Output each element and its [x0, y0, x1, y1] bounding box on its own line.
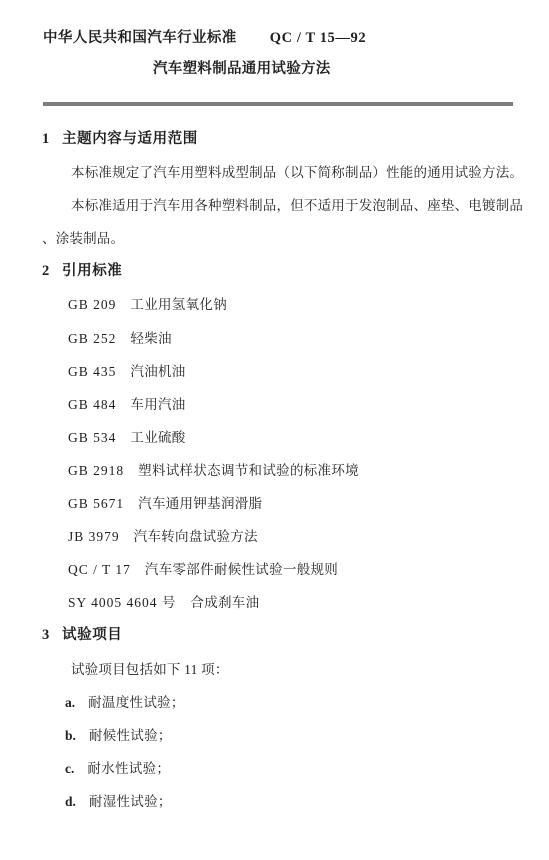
reference-code: GB 435 — [68, 364, 116, 379]
section-1-paragraph-2-line-2: 、涂装制品。 — [42, 222, 519, 255]
section-1-paragraph-2-line-1: 本标准适用于汽车用各种塑料制品，但不适用于发泡制品、座垫、电镀制品 — [42, 189, 519, 222]
reference-code: GB 252 — [68, 331, 116, 346]
reference-item: GB 2918塑料试样状态调节和试验的标准环境 — [42, 454, 519, 487]
reference-code: SY 4005 4604 号 — [68, 595, 176, 610]
reference-code: GB 5671 — [68, 496, 124, 511]
reference-item: JB 3979汽车转向盘试验方法 — [42, 520, 519, 553]
reference-item: SY 4005 4604 号合成刹车油 — [42, 586, 519, 619]
reference-code: GB 209 — [68, 297, 116, 312]
test-item: a.耐温度性试验； — [42, 686, 519, 719]
test-item-text: 耐水性试验； — [87, 761, 170, 776]
test-item: b.耐候性试验； — [42, 719, 519, 752]
document-page: 中华人民共和国汽车行业标准 QC / T 15—92 汽车塑料制品通用试验方法 … — [0, 0, 549, 860]
reference-item: GB 252轻柴油 — [42, 322, 519, 355]
reference-title: 工业用氢氧化钠 — [130, 297, 227, 312]
reference-code: GB 534 — [68, 430, 116, 445]
test-item-letter: a. — [65, 695, 75, 710]
reference-title: 汽油机油 — [130, 364, 185, 379]
section-3-heading: 3试验项目 — [42, 619, 519, 652]
reference-title: 轻柴油 — [130, 331, 171, 346]
reference-title: 工业硫酸 — [130, 430, 185, 445]
section-1-paragraph-1: 本标准规定了汽车用塑料成型制品（以下简称制品）性能的通用试验方法。 — [42, 156, 519, 189]
test-item: c.耐水性试验； — [42, 752, 519, 785]
document-body: 1主题内容与适用范围 本标准规定了汽车用塑料成型制品（以下简称制品）性能的通用试… — [0, 123, 549, 818]
test-item-list: a.耐温度性试验； b.耐候性试验； c.耐水性试验； d.耐湿性试验； — [42, 686, 519, 818]
reference-title: 塑料试样状态调节和试验的标准环境 — [138, 463, 359, 478]
test-item-letter: b. — [65, 728, 76, 743]
section-3-number: 3 — [42, 619, 62, 652]
header-divider-rule — [43, 102, 513, 106]
reference-item: GB 534工业硫酸 — [42, 421, 519, 454]
standard-code: QC / T 15—92 — [270, 28, 367, 48]
reference-title: 合成刹车油 — [190, 595, 259, 610]
reference-code: GB 2918 — [68, 463, 124, 478]
section-1-heading: 1主题内容与适用范围 — [42, 123, 519, 156]
document-header: 中华人民共和国汽车行业标准 QC / T 15—92 — [0, 0, 549, 48]
reference-code: JB 3979 — [68, 529, 120, 544]
section-1-title: 主题内容与适用范围 — [62, 131, 198, 147]
reference-code: QC / T 17 — [68, 562, 131, 577]
reference-item: GB 209工业用氢氧化钠 — [42, 288, 519, 321]
section-3-title: 试验项目 — [62, 627, 122, 643]
reference-item: GB 5671汽车通用钾基润滑脂 — [42, 487, 519, 520]
test-item: d.耐湿性试验； — [42, 785, 519, 818]
reference-item: GB 484车用汽油 — [42, 388, 519, 421]
standard-name: 中华人民共和国汽车行业标准 — [43, 28, 237, 48]
test-item-letter: d. — [65, 794, 76, 809]
reference-code: GB 484 — [68, 397, 116, 412]
test-item-text: 耐温度性试验； — [88, 695, 185, 710]
section-2-title: 引用标准 — [62, 263, 122, 279]
reference-title: 车用汽油 — [130, 397, 185, 412]
reference-title: 汽车零部件耐候性试验一般规则 — [145, 562, 338, 577]
document-title: 汽车塑料制品通用试验方法 — [0, 59, 549, 79]
section-1-number: 1 — [42, 123, 62, 156]
reference-title: 汽车通用钾基润滑脂 — [138, 496, 262, 511]
section-2-heading: 2引用标准 — [42, 255, 519, 288]
test-item-text: 耐候性试验； — [89, 728, 172, 743]
test-item-text: 耐湿性试验； — [89, 794, 172, 809]
test-item-letter: c. — [65, 761, 74, 776]
reference-title: 汽车转向盘试验方法 — [134, 529, 258, 544]
reference-item: GB 435汽油机油 — [42, 355, 519, 388]
reference-list: GB 209工业用氢氧化钠 GB 252轻柴油 GB 435汽油机油 GB 48… — [42, 288, 519, 619]
reference-item: QC / T 17汽车零部件耐候性试验一般规则 — [42, 553, 519, 586]
section-3-intro: 试验项目包括如下 11 项： — [42, 653, 519, 686]
section-2-number: 2 — [42, 255, 62, 288]
